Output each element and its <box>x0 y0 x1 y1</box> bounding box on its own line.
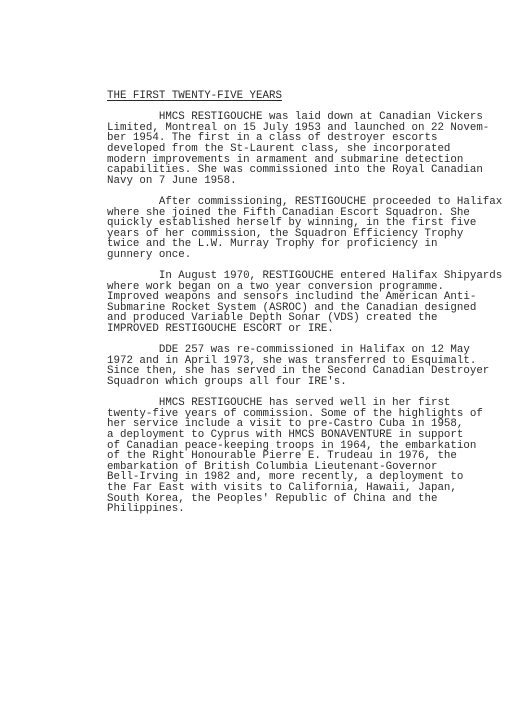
paragraph-conversion: In August 1970, RESTIGOUCHE entered Hali… <box>107 271 527 335</box>
paragraph-recommissioned: DDE 257 was re-commissioned in Halifax o… <box>107 345 527 387</box>
text-line: IMPROVED RESTIGOUCHE ESCORT or IRE. <box>107 324 527 335</box>
paragraph-after-commissioning: After commissioning, RESTIGOUCHE proceed… <box>107 197 527 261</box>
text-line: Navy on 7 June 1958. <box>107 176 527 187</box>
text-line: developed from the St-Laurent class, she… <box>107 144 527 155</box>
text-line: gunnery once. <box>107 250 527 261</box>
text-line: the Far East with visits to California, … <box>107 483 527 494</box>
text-line: a deployment to Cyprus with HMCS BONAVEN… <box>107 430 527 441</box>
text-line: Squadron which groups all four IRE's. <box>107 377 527 388</box>
section-heading: THE FIRST TWENTY-FIVE YEARS <box>107 91 282 102</box>
text-line: After commissioning, RESTIGOUCHE proceed… <box>107 197 527 208</box>
paragraph-highlights: HMCS RESTIGOUCHE has served well in her … <box>107 398 527 515</box>
paragraph-laid-down: HMCS RESTIGOUCHE was laid down at Canadi… <box>107 112 527 186</box>
text-line: Philippines. <box>107 504 527 515</box>
document-page: THE FIRST TWENTY-FIVE YEARS HMCS RESTIGO… <box>107 91 527 525</box>
